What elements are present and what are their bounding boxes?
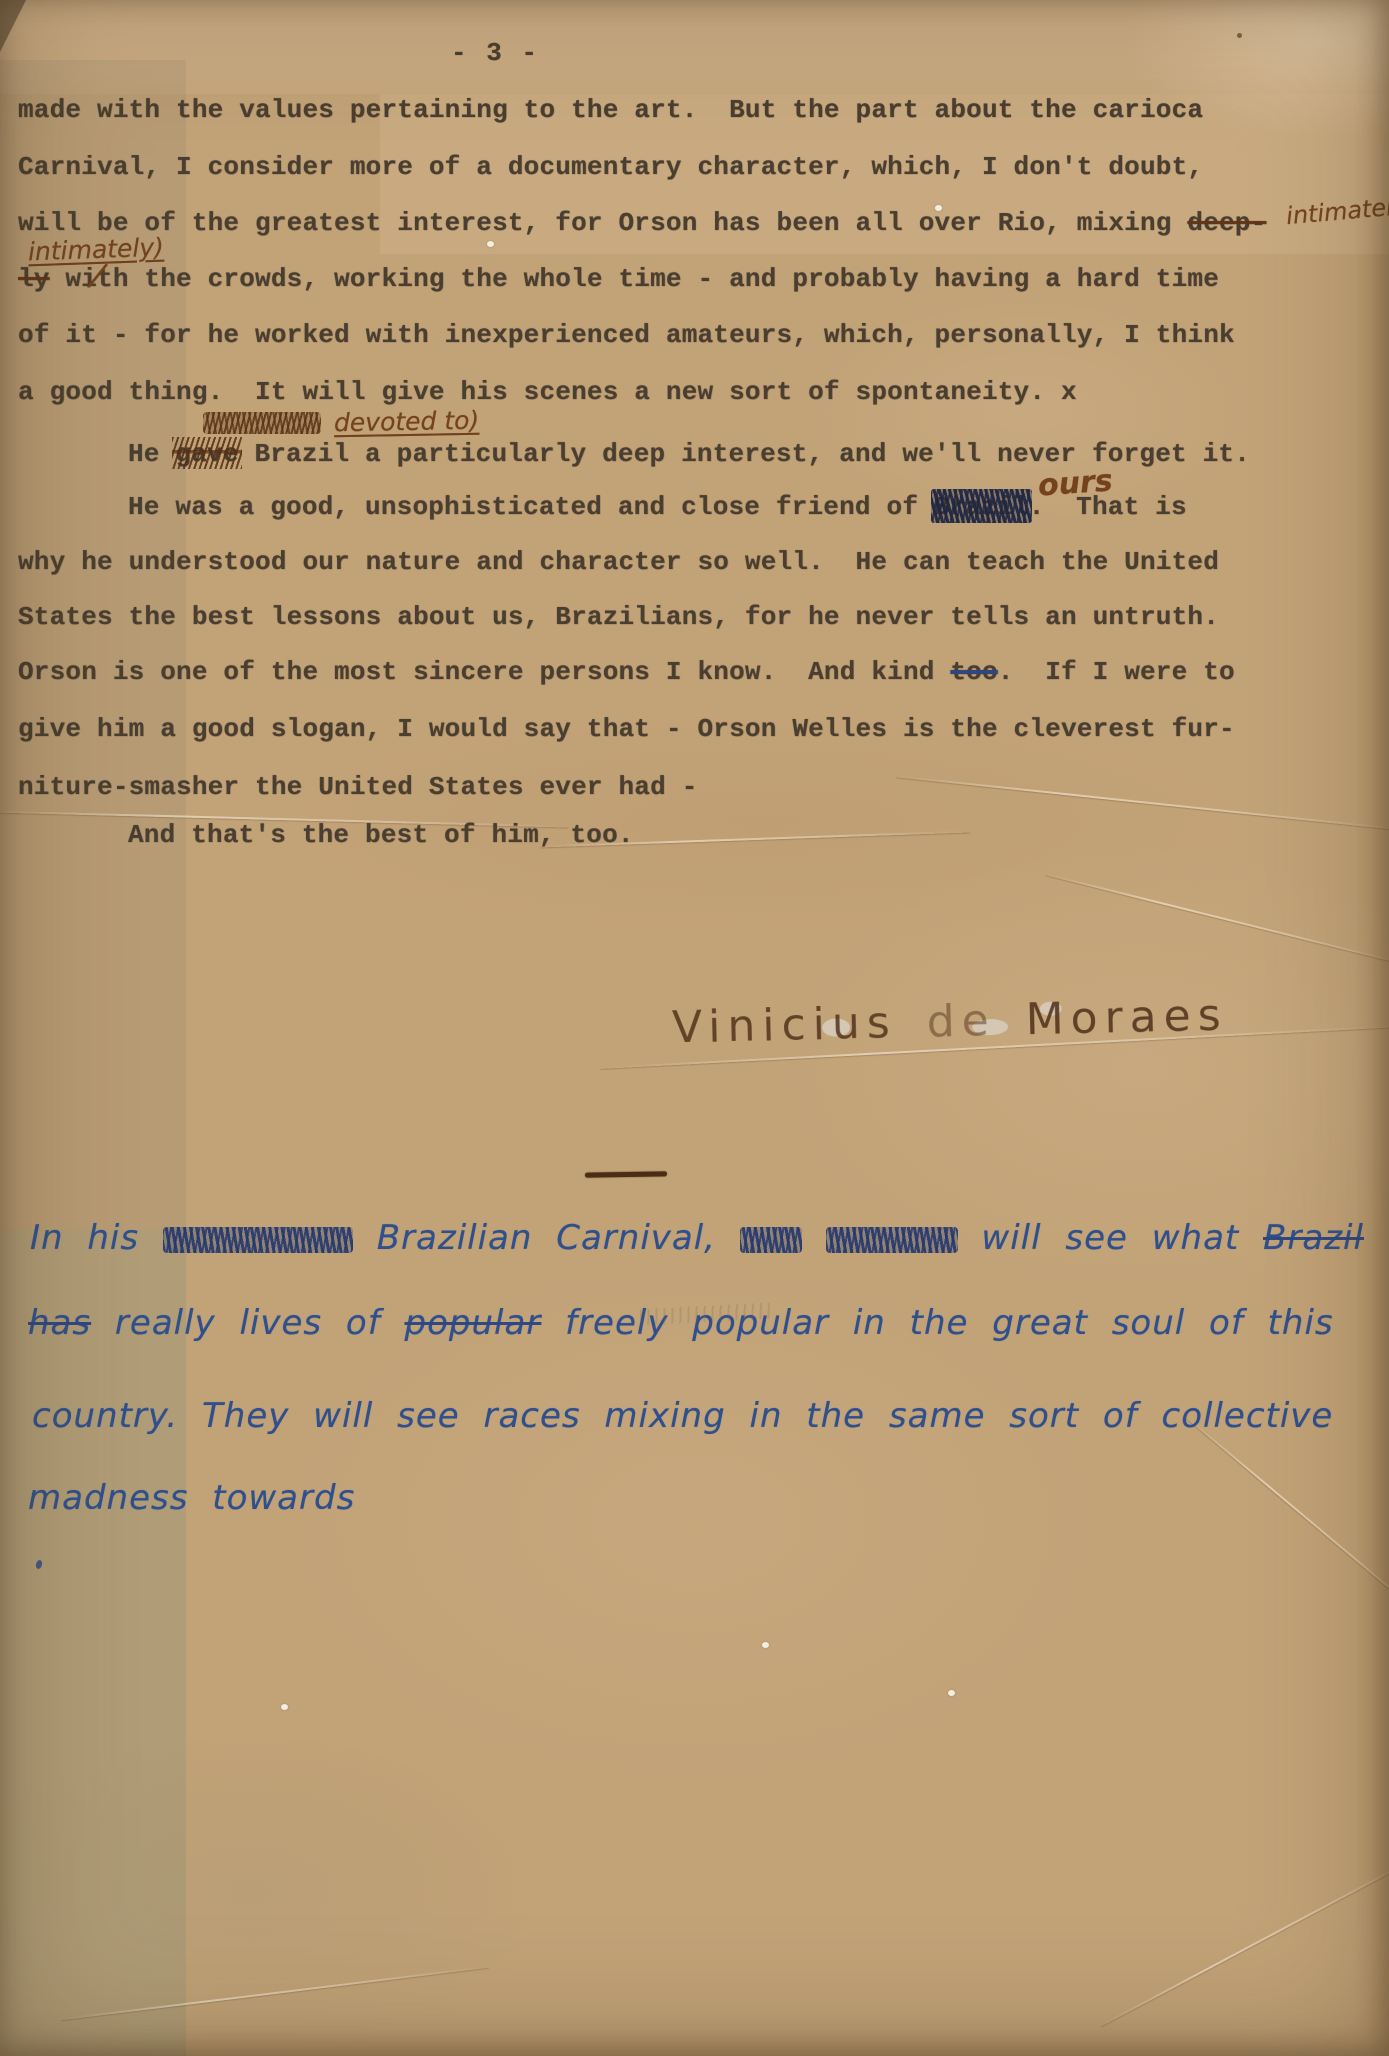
paper-speck [762, 1642, 769, 1648]
handwritten-segment-hw-struck: popular [405, 1303, 542, 1343]
typed-line: States the best lessons about us, Brazil… [18, 602, 1219, 632]
handwritten-segment: In his [30, 1218, 163, 1258]
typed-segment: Orson is one of the most sincere persons… [18, 657, 950, 687]
ink-scribble [163, 1227, 353, 1253]
handwritten-line: In his Brazilian Carnival, will see what… [30, 1218, 1364, 1258]
paper-speck [948, 1690, 955, 1696]
typed-segment: And that's the best of him, too. [128, 820, 634, 850]
crease-line [1187, 1417, 1389, 1624]
crease-line [1045, 873, 1389, 964]
typed-line: niture-smasher the United States ever ha… [18, 772, 698, 802]
paper-tone-band-left-lower [0, 1230, 186, 2056]
typed-segment: . If I were to [998, 657, 1235, 687]
typed-segment: He was a good, unsophisticated and close… [128, 492, 934, 522]
crease-line [896, 775, 1389, 830]
typed-segment: States the best lessons about us, Brazil… [18, 602, 1219, 632]
typed-segment: Carnival, I consider more of a documenta… [18, 152, 1203, 182]
typed-line: will be of the greatest interest, for Or… [18, 208, 1266, 238]
handwritten-segment: country. They will see races mixing in t… [32, 1396, 1333, 1436]
typed-segment: of it - for he worked with inexperienced… [18, 320, 1235, 350]
typed-segment: why he understood our nature and charact… [18, 547, 1219, 577]
handwritten-line: madness towards [28, 1478, 355, 1518]
typed-segment: made with the values pertaining to the a… [18, 95, 1203, 125]
typed-line: Carnival, I consider more of a documenta… [18, 152, 1203, 182]
typed-segment-scrib-brown: gave [175, 439, 238, 469]
handwritten-segment [802, 1218, 826, 1258]
page-number: - 3 - [430, 38, 560, 68]
typed-line: And that's the best of him, too. [128, 820, 634, 850]
typed-segment-strike-brown: ly [18, 264, 50, 294]
typed-segment: give him a good slogan, I would say that… [18, 714, 1235, 744]
signature-stamp: ViniciusdeMoraes [671, 990, 1228, 1054]
typed-segment-strike-blue: too [950, 657, 997, 687]
typed-segment-scrib-dark: Brazil [934, 492, 1029, 522]
paper-speck [487, 241, 494, 247]
crease-line [1101, 1856, 1389, 2027]
handwritten-segment: Brazilian Carnival, [353, 1218, 740, 1258]
paper-tone-band-left [0, 60, 186, 2056]
handwritten-line: country. They will see races mixing in t… [32, 1396, 1333, 1436]
stamp-word: Vinicius [671, 997, 897, 1053]
typed-segment: a good thing. It will give his scenes a … [18, 377, 1077, 407]
ink-scribble [740, 1227, 802, 1253]
typed-line: of it - for he worked with inexperienced… [18, 320, 1235, 350]
typed-line: give him a good slogan, I would say that… [18, 714, 1235, 744]
crease-line [61, 1966, 488, 2020]
typed-segment: niture-smasher the United States ever ha… [18, 772, 698, 802]
torn-corner [0, 0, 26, 52]
handwritten-segment-hw-struck: has [28, 1303, 91, 1343]
stamp-word: Moraes [1025, 990, 1228, 1046]
typed-line: Orson is one of the most sincere persons… [18, 657, 1235, 687]
handwritten-segment: really lives of [91, 1303, 404, 1343]
ink-dash [585, 1171, 667, 1177]
ink-scribble [203, 412, 321, 434]
handwritten-segment: will see what [958, 1218, 1263, 1258]
typed-line: a good thing. It will give his scenes a … [18, 377, 1077, 407]
typed-line: made with the values pertaining to the a… [18, 95, 1203, 125]
paper-tone-band-top [0, 0, 1389, 94]
typed-segment: He [128, 439, 175, 469]
typed-line: why he understood our nature and charact… [18, 547, 1219, 577]
ink-annotation: devoted to) [334, 406, 480, 438]
ink-annotation: intimately [1285, 192, 1389, 230]
typed-segment: with the crowds, working the whole time … [50, 264, 1219, 294]
ink-dot [35, 1559, 43, 1569]
typed-segment-strike-brown: deep- [1187, 208, 1266, 238]
ink-annotation: ours [1037, 463, 1114, 503]
handwritten-segment: madness towards [28, 1478, 355, 1518]
paper-speck [1237, 33, 1242, 38]
document-page: - 3 - made with the values pertaining to… [0, 0, 1389, 2056]
typed-line: ly with the crowds, working the whole ti… [18, 264, 1219, 294]
paper-speck [281, 1704, 288, 1710]
stamp-word: de [926, 995, 996, 1048]
ink-scribble [826, 1227, 958, 1253]
typed-segment: will be of the greatest interest, for Or… [18, 208, 1187, 238]
paper-speck [935, 205, 942, 211]
handwritten-segment-hw-struck: Brazil [1263, 1218, 1364, 1258]
typed-line: He was a good, unsophisticated and close… [128, 492, 1187, 522]
